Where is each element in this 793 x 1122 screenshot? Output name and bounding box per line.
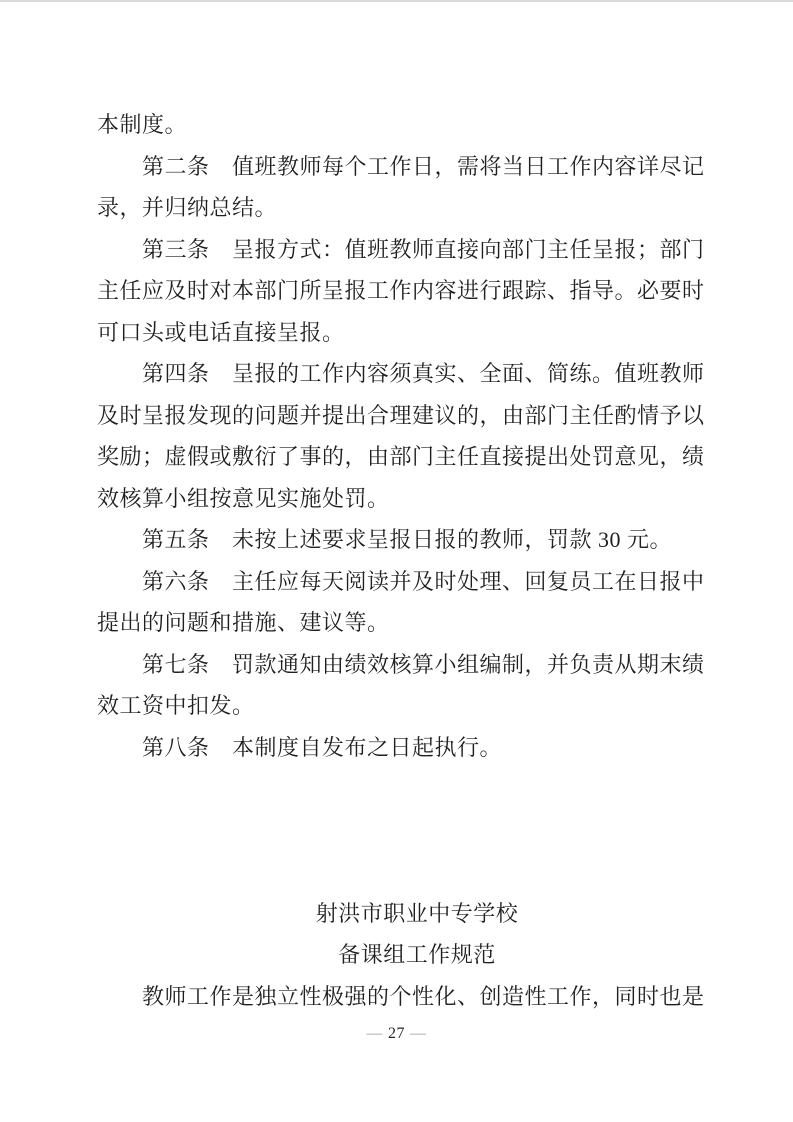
page-number-value: 27 <box>388 1025 405 1042</box>
body-line: 可口头或电话直接呈报。 <box>97 312 711 354</box>
body-line-article-7: 第七条 罚款通知由绩效核算小组编制，并负责从期末绩 <box>97 644 711 686</box>
body-line-article-5: 第五条 未按上述要求呈报日报的教师，罚款 30 元。 <box>97 519 711 561</box>
page-number-left-dash: — <box>367 1025 384 1042</box>
body-line: 提出的问题和措施、建议等。 <box>97 602 711 644</box>
body-line: 效核算小组按意见实施处罚。 <box>97 478 711 520</box>
body-line: 录，并归纳总结。 <box>97 187 711 229</box>
section-title-heading: 备课组工作规范 <box>97 934 711 976</box>
body-line-article-8: 第八条 本制度自发布之日起执行。 <box>97 727 711 769</box>
document-body: 本制度。 第二条 值班教师每个工作日，需将当日工作内容详尽记 录，并归纳总结。 … <box>97 104 711 1017</box>
document-page: 本制度。 第二条 值班教师每个工作日，需将当日工作内容详尽记 录，并归纳总结。 … <box>0 0 793 1122</box>
body-line-article-4: 第四条 呈报的工作内容须真实、全面、简练。值班教师 <box>97 353 711 395</box>
page-number-right-dash: — <box>410 1025 427 1042</box>
section-gap <box>97 768 711 893</box>
body-line-article-6: 第六条 主任应每天阅读并及时处理、回复员工在日报中 <box>97 561 711 603</box>
body-line-article-3: 第三条 呈报方式：值班教师直接向部门主任呈报；部门 <box>97 229 711 271</box>
body-line: 本制度。 <box>97 104 711 146</box>
body-line: 奖励；虚假或敷衍了事的，由部门主任直接提出处罚意见，绩 <box>97 436 711 478</box>
body-line: 效工资中扣发。 <box>97 685 711 727</box>
page-number: —27— <box>0 1024 793 1044</box>
page-top-edge-divider <box>0 0 793 2</box>
section-first-line: 教师工作是独立性极强的个性化、创造性工作，同时也是 <box>97 976 711 1018</box>
body-line: 主任应及时对本部门所呈报工作内容进行跟踪、指导。必要时 <box>97 270 711 312</box>
body-line-article-2: 第二条 值班教师每个工作日，需将当日工作内容详尽记 <box>97 146 711 188</box>
school-title-heading: 射洪市职业中专学校 <box>97 893 711 935</box>
body-line: 及时呈报发现的问题并提出合理建议的，由部门主任酌情予以 <box>97 395 711 437</box>
